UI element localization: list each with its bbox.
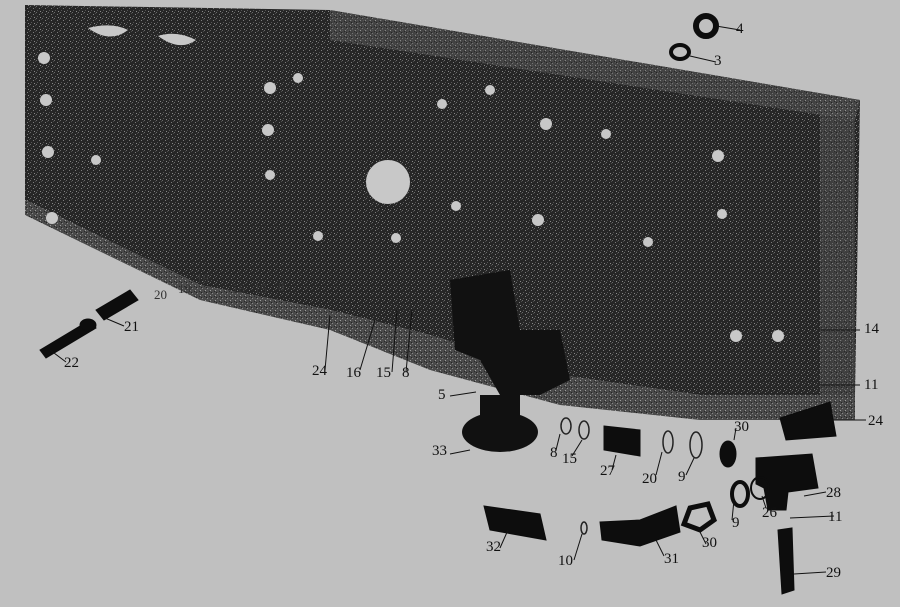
callout-9-lower: 9 [732, 516, 740, 531]
callout-5: 5 [438, 388, 446, 403]
callout-20-upper: 20 [154, 288, 167, 301]
callout-4: 4 [736, 22, 744, 37]
callout-26: 26 [762, 506, 777, 521]
callout-22: 22 [64, 356, 79, 371]
callout-32: 32 [486, 540, 501, 555]
callout-11-lower: 11 [828, 510, 842, 525]
frame-rail [25, 5, 860, 420]
callout-29: 29 [826, 566, 841, 581]
callout-8: 8 [402, 366, 410, 381]
callout-10: 10 [558, 554, 573, 569]
callout-14: 14 [864, 322, 879, 337]
callout-3: 3 [714, 54, 722, 69]
callout-28: 28 [826, 486, 841, 501]
callout-8-upper: 8 [278, 280, 285, 293]
callout-21: 21 [124, 320, 139, 335]
callout-24-left: 24 [312, 364, 327, 379]
callout-33: 33 [432, 444, 447, 459]
callout-30-upper: 30 [734, 420, 749, 435]
callout-9-upper: 9 [678, 470, 686, 485]
callout-24-right: 24 [868, 414, 883, 429]
callout-15-lower: 15 [562, 452, 577, 467]
callout-15: 15 [376, 366, 391, 381]
callout-31: 31 [664, 552, 679, 567]
callout-16-upper: 16 [232, 282, 245, 295]
callout-30-lower: 30 [702, 536, 717, 551]
callout-19-upper: 19 [178, 282, 191, 295]
callout-8-lower: 8 [550, 446, 558, 461]
callout-27: 27 [600, 464, 615, 479]
callout-20: 20 [642, 472, 657, 487]
callout-15-upper: 15 [254, 282, 267, 295]
callout-11-upper: 11 [864, 378, 878, 393]
callout-16: 16 [346, 366, 361, 381]
callout-18: 18 [196, 272, 209, 285]
